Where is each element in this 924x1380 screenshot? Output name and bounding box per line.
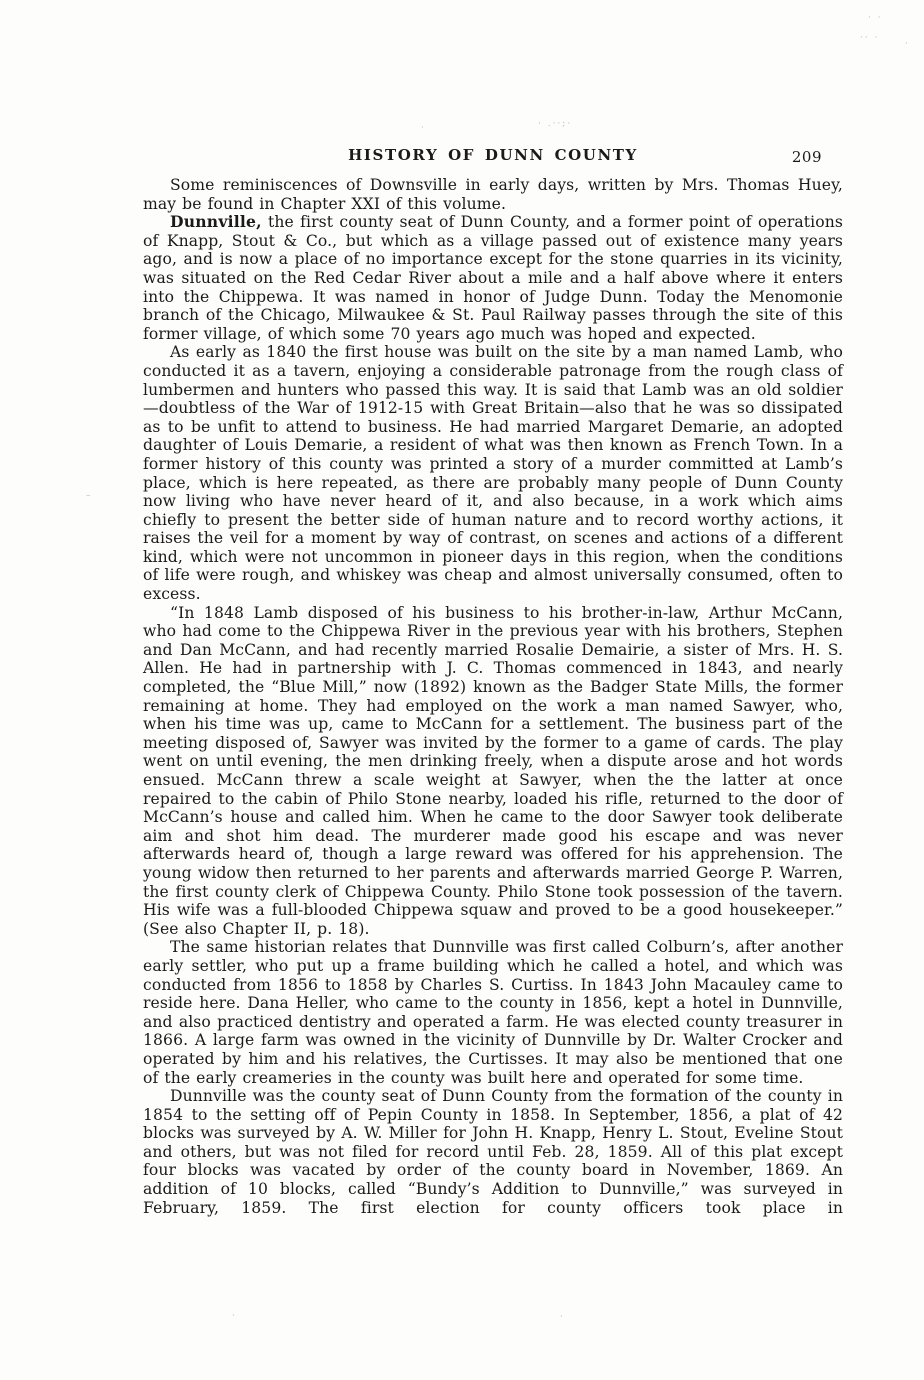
paragraph: As early as 1840 the first house was bui… [143,343,843,603]
page-title: HISTORY OF DUNN COUNTY [143,146,843,164]
scan-artifact: · · [868,14,883,23]
scan-artifact: · [905,40,910,49]
scan-artifact: · [421,124,426,133]
scan-artifact: · [560,1313,565,1322]
paragraph: “In 1848 Lamb disposed of his business t… [143,604,843,939]
scan-artifact: · .··;· [538,120,572,129]
paragraph-lead: Dunnville, [170,212,262,231]
book-page: HISTORY OF DUNN COUNTY 209 Some reminisc… [0,0,924,1380]
page-number: 209 [792,148,822,166]
body-text: Some reminiscences of Downsville in earl… [143,176,843,1217]
paragraph: Dunnville, the first county seat of Dunn… [143,213,843,343]
scan-artifact: · [232,1312,237,1321]
scan-artifact: – [86,492,93,501]
running-header: HISTORY OF DUNN COUNTY 209 [143,146,843,168]
paragraph: Some reminiscences of Downsville in earl… [143,176,843,213]
paragraph: Dunnville was the county seat of Dunn Co… [143,1087,843,1217]
paragraph: The same historian relates that Dunnvill… [143,938,843,1087]
scan-artifact: ·· · [860,34,879,43]
